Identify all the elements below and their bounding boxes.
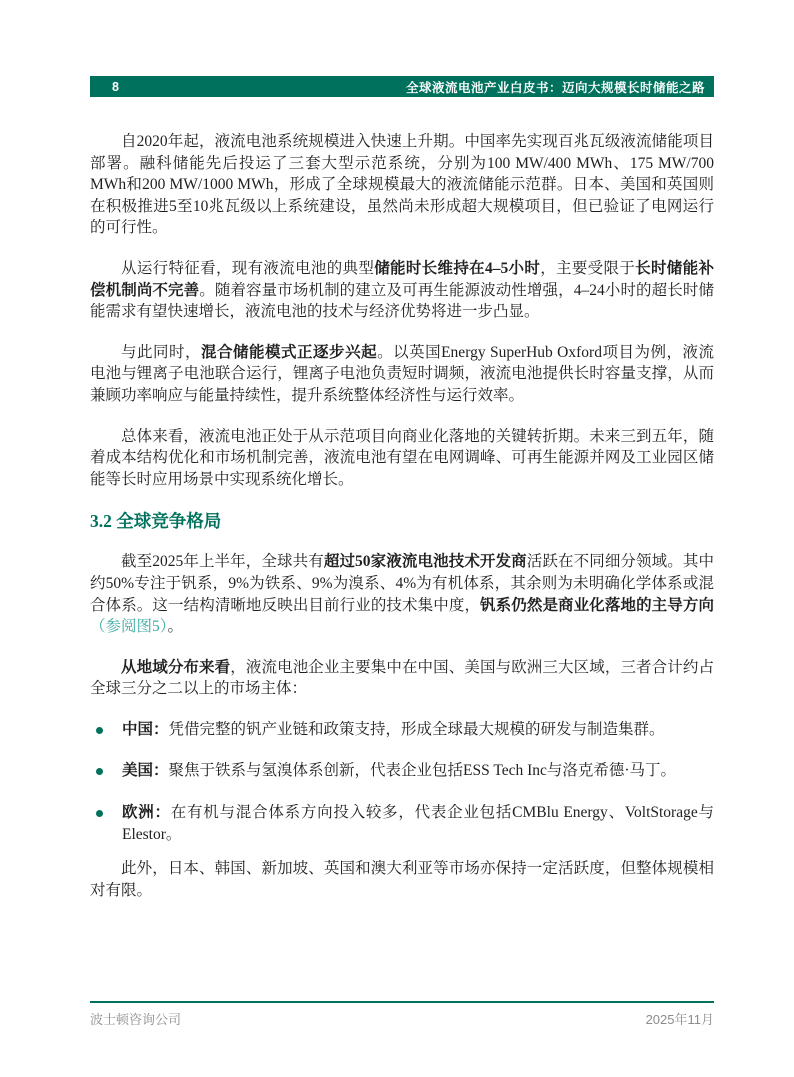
list-item-text: 中国：凭借完整的钒产业链和政策支持，形成全球最大规模的研发与制造集群。: [122, 721, 665, 738]
bullet-icon: [96, 727, 103, 734]
figure-5-reference-link[interactable]: （参阅图5）: [90, 618, 168, 635]
text-run: 储能时长维持在4–5小时: [374, 260, 540, 277]
bullet-icon: [96, 810, 103, 817]
document-title: 全球液流电池产业白皮书：迈向大规模长时储能之路: [406, 78, 714, 96]
text-run: 中国：: [122, 721, 169, 738]
page-header-bar: 8 全球液流电池产业白皮书：迈向大规模长时储能之路: [90, 76, 714, 97]
document-page: 8 全球液流电池产业白皮书：迈向大规模长时储能之路 自2020年起，液流电池系统…: [0, 0, 794, 1077]
text-run: 从地域分布来看: [121, 659, 230, 676]
paragraph-storage-duration: 从运行特征看，现有液流电池的典型储能时长维持在4–5小时，主要受限于长时储能补偿…: [90, 258, 714, 323]
text-run: 从运行特征看，现有液流电池的典型: [121, 260, 374, 277]
list-item-europe: 欧洲：在有机与混合体系方向投入较多，代表企业包括CMBlu Energy、Vol…: [90, 802, 714, 845]
text-run: 凭借完整的钒产业链和政策支持，形成全球最大规模的研发与制造集群。: [169, 721, 665, 738]
text-run: 此外，日本、韩国、新加坡、英国和澳大利亚等市场亦保持一定活跃度，但整体规模相对有…: [90, 860, 714, 899]
bullet-icon: [96, 768, 103, 775]
text-run: 聚焦于铁系与氢溴体系创新，代表企业包括ESS Tech Inc与洛克希德·马丁。: [169, 762, 677, 779]
text-run: 钒系仍然是商业化落地的主导方向: [480, 597, 714, 614]
text-run: 。: [168, 618, 184, 635]
list-item-text: 美国：聚焦于铁系与氢溴体系创新，代表企业包括ESS Tech Inc与洛克希德·…: [122, 762, 676, 779]
text-run: 自2020年起，液流电池系统规模进入快速上升期。中国率先实现百兆瓦级液流储能项目…: [90, 133, 714, 236]
page-content: 自2020年起，液流电池系统规模进入快速上升期。中国率先实现百兆瓦级液流储能项目…: [90, 131, 714, 920]
page-number: 8: [90, 80, 119, 94]
page-footer: 波士顿咨询公司 2025年11月: [90, 1001, 714, 1028]
list-item-china: 中国：凭借完整的钒产业链和政策支持，形成全球最大规模的研发与制造集群。: [90, 719, 714, 741]
footer-date: 2025年11月: [646, 1009, 714, 1028]
text-run: 混合储能模式正逐步兴起: [201, 344, 377, 361]
paragraph-market-scale: 自2020年起，液流电池系统规模进入快速上升期。中国率先实现百兆瓦级液流储能项目…: [90, 131, 714, 239]
paragraph-developers: 截至2025年上半年，全球共有超过50家液流电池技术开发商活跃在不同细分领域。其…: [90, 551, 714, 637]
paragraph-other-markets: 此外，日本、韩国、新加坡、英国和澳大利亚等市场亦保持一定活跃度，但整体规模相对有…: [90, 858, 714, 901]
text-run: 在有机与混合体系方向投入较多，代表企业包括CMBlu Energy、VoltSt…: [122, 804, 714, 843]
text-run: 欧洲：: [122, 804, 171, 821]
text-run: 美国：: [122, 762, 169, 779]
region-list: 中国：凭借完整的钒产业链和政策支持，形成全球最大规模的研发与制造集群。 美国：聚…: [90, 719, 714, 845]
paragraph-outlook: 总体来看，液流电池正处于从示范项目向商业化落地的关键转折期。未来三到五年，随着成…: [90, 426, 714, 491]
paragraph-hybrid-storage: 与此同时，混合储能模式正逐步兴起。以英国Energy SuperHub Oxfo…: [90, 342, 714, 407]
text-run: 超过50家液流电池技术开发商: [324, 553, 527, 570]
paragraph-regions-intro: 从地域分布来看，液流电池企业主要集中在中国、美国与欧洲三大区域，三者合计约占全球…: [90, 657, 714, 700]
text-run: 与此同时，: [121, 344, 201, 361]
text-run: 总体来看，液流电池正处于从示范项目向商业化落地的关键转折期。未来三到五年，随着成…: [90, 428, 714, 488]
section-heading: 3.2 全球竞争格局: [90, 509, 714, 533]
list-item-usa: 美国：聚焦于铁系与氢溴体系创新，代表企业包括ESS Tech Inc与洛克希德·…: [90, 760, 714, 782]
footer-company: 波士顿咨询公司: [90, 1009, 181, 1028]
text-run: 截至2025年上半年，全球共有: [121, 553, 324, 570]
list-item-text: 欧洲：在有机与混合体系方向投入较多，代表企业包括CMBlu Energy、Vol…: [122, 804, 714, 843]
text-run: ，主要受限于: [540, 260, 635, 277]
